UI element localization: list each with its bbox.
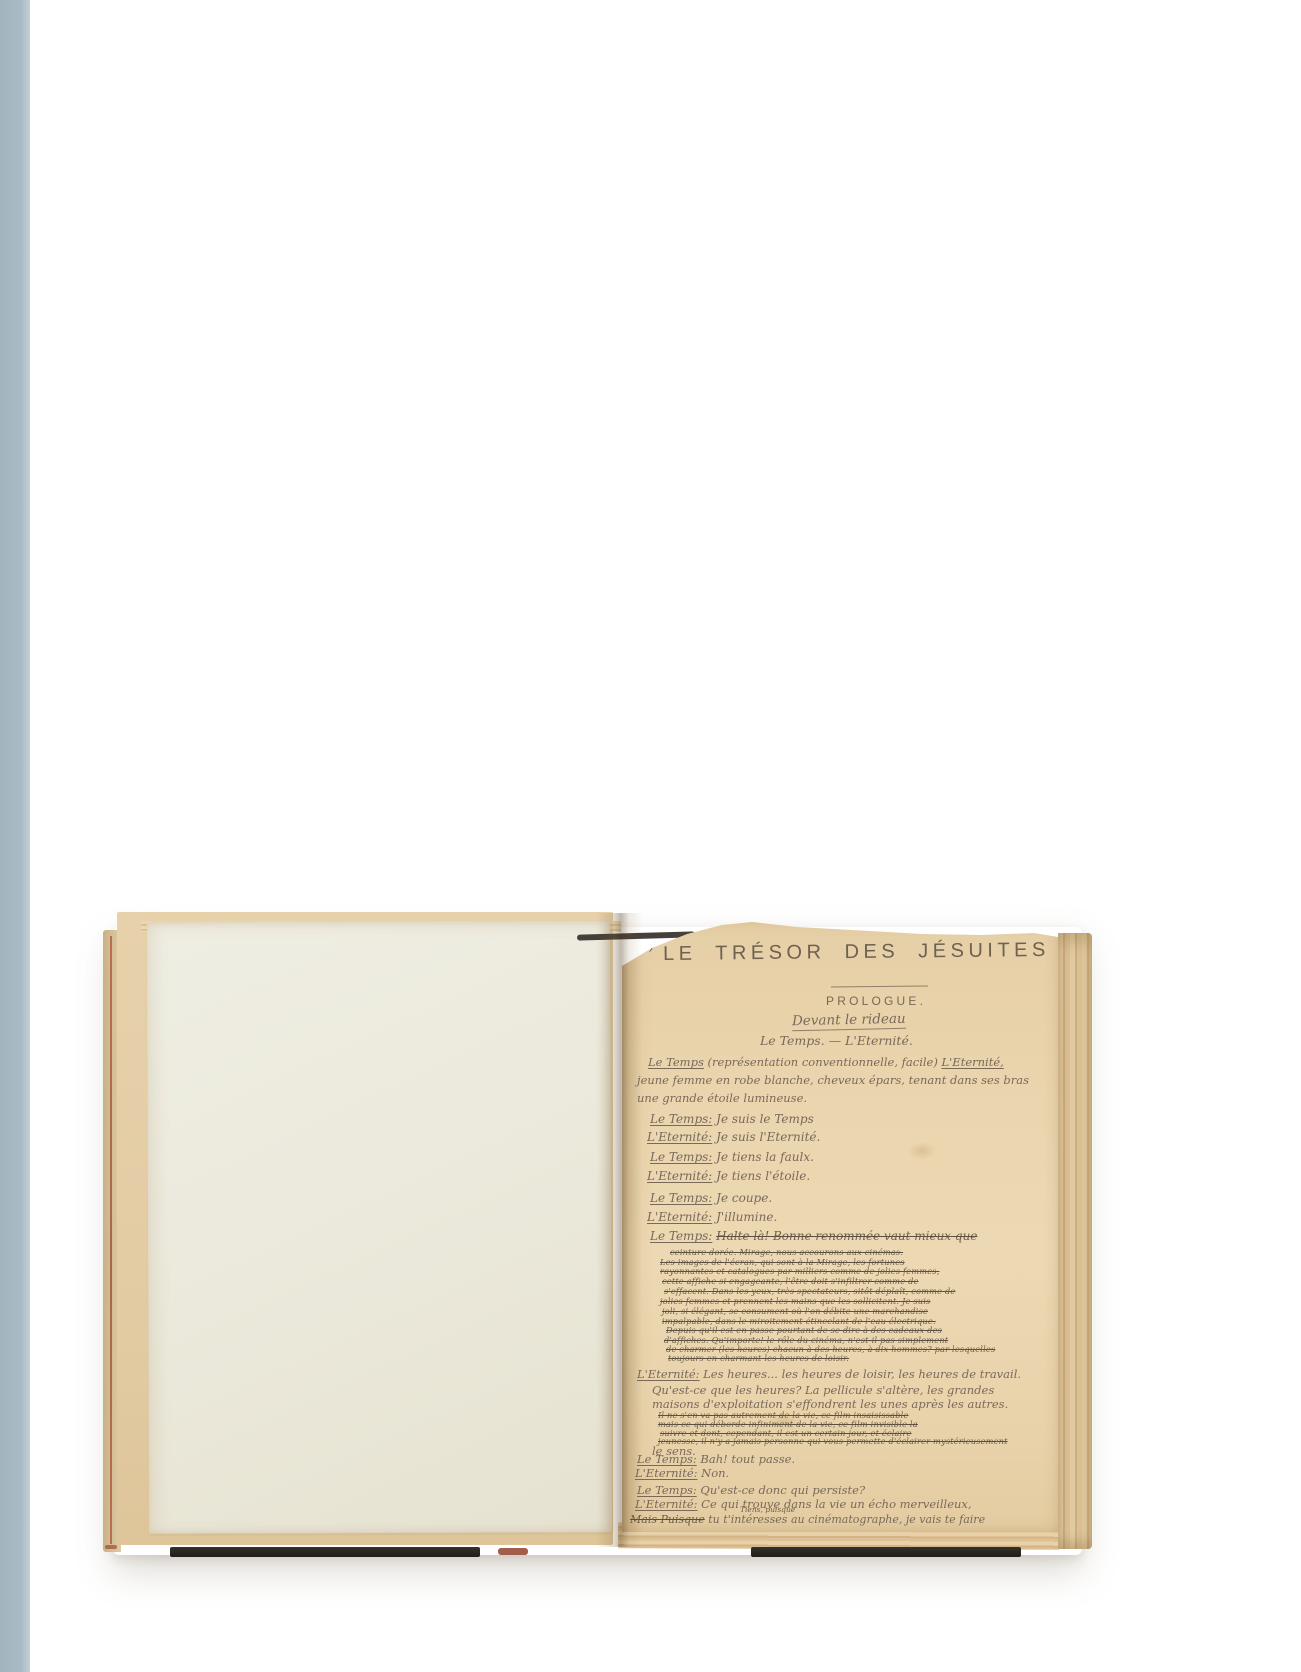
- eternity-passage-line: L'Eternité: Les heures... les heures de …: [637, 1367, 1021, 1381]
- dialogue-text: Les heures... les heures de loisir, les …: [703, 1367, 1021, 1381]
- dialogue-speaker: Le Temps:: [637, 1483, 697, 1497]
- dialogue-line: Le Temps: Je coupe.: [650, 1191, 772, 1205]
- dialogue-text: J'illumine.: [716, 1210, 777, 1224]
- stage-direction-line: Le Temps (représentation conventionnelle…: [648, 1055, 1004, 1069]
- revised-passage-opening: Le Temps: Halte là! Bonne renommée vaut …: [650, 1229, 977, 1243]
- left-blank-page: [147, 921, 612, 1534]
- paper-stain: [908, 1142, 936, 1160]
- dialogue-speaker: Le Temps:: [650, 1191, 712, 1205]
- photograph-canvas: 1) LE TRÉSOR DES JÉSUITES PROLOGUE. Deva…: [0, 0, 1301, 1672]
- dialogue-speaker: L'Eternité:: [635, 1497, 698, 1511]
- dialogue-speaker: L'Eternité:: [647, 1169, 712, 1183]
- dialogue-speaker: Le Temps:: [650, 1229, 712, 1243]
- dialogue-line: L'Eternité: Non.: [635, 1466, 729, 1480]
- dialogue-line: L'Eternité: Je tiens l'étoile.: [647, 1169, 810, 1183]
- left-accent-bar: [0, 0, 30, 1672]
- dialogue-line: L'Eternité: Je suis l'Eternité.: [647, 1130, 820, 1144]
- struck-line: Depuis qu'il est en passe pourtant de se…: [666, 1325, 942, 1335]
- struck-line: ceinture dorée. Mirage, nous accourons a…: [670, 1247, 903, 1257]
- stage-direction-line: une grande étoile lumineuse.: [637, 1091, 807, 1105]
- struck-text: Mais Puisque: [630, 1513, 705, 1526]
- dialogue-line: Le Temps: Je tiens la faulx.: [650, 1150, 814, 1164]
- dialogue-speaker: Le Temps:: [650, 1112, 712, 1126]
- struck-line: toujours en charmant les heures de loisi…: [668, 1353, 849, 1363]
- dialogue-speaker: L'Eternité:: [647, 1130, 712, 1144]
- struck-text: Halte là! Bonne renommée vaut mieux que: [716, 1229, 977, 1243]
- dialogue-line: Le Temps: Qu'est-ce donc qui persiste?: [637, 1483, 865, 1497]
- dialogue-line: L'Eternité: Ce qui trouve dans la vie un…: [635, 1497, 972, 1511]
- final-line-text: tu t'intéresses au cinématographe, je va…: [708, 1513, 985, 1526]
- characters-line: Le Temps. — L'Eternité.: [760, 1033, 913, 1048]
- bottom-cover-strip-left: [170, 1547, 480, 1557]
- prologue-heading: PROLOGUE.: [826, 994, 926, 1008]
- bottom-cover-strip-right: [751, 1547, 1021, 1557]
- dialogue-speaker: Le Temps:: [637, 1452, 697, 1466]
- struck-line: cette affiche si engageante, l'être doit…: [662, 1276, 919, 1286]
- stage-direction-character2: L'Eternité,: [942, 1055, 1004, 1069]
- final-line: Mais Puisque tu t'intéresses au cinémato…: [630, 1513, 985, 1526]
- stage-direction-text: (représentation conventionnelle, facile): [708, 1055, 938, 1069]
- struck-line: joli, si élégant, se consument où l'on d…: [662, 1306, 928, 1316]
- cover-red-edge-line: [110, 936, 112, 1544]
- stage-setting-note: Devant le rideau: [792, 1011, 906, 1031]
- struck-line: jeunesse, il n'y a jamais personne qui v…: [658, 1436, 1008, 1446]
- dialogue-text: Bah! tout passe.: [700, 1452, 795, 1466]
- stage-direction-line: jeune femme en robe blanche, cheveux épa…: [637, 1073, 1029, 1087]
- eternity-passage-line: maisons d'exploitation s'effondrent les …: [652, 1397, 1008, 1411]
- dialogue-text: Je suis l'Eternité.: [716, 1130, 820, 1144]
- manuscript-page: 1) LE TRÉSOR DES JÉSUITES PROLOGUE. Deva…: [622, 920, 1058, 1532]
- dialogue-line: Le Temps: Bah! tout passe.: [637, 1452, 795, 1466]
- red-corner-mark: [105, 1545, 117, 1549]
- dialogue-text: Je tiens l'étoile.: [716, 1169, 810, 1183]
- eternity-passage-line: Qu'est-ce que les heures? La pellicule s…: [652, 1383, 994, 1397]
- dialogue-text: Non.: [701, 1466, 729, 1480]
- heading-rule: [831, 985, 928, 987]
- dialogue-text: Qu'est-ce donc qui persiste?: [700, 1483, 865, 1497]
- stage-direction-speaker: Le Temps: [648, 1055, 704, 1069]
- dialogue-text: Je coupe.: [716, 1191, 772, 1205]
- dialogue-text: Je tiens la faulx.: [716, 1150, 814, 1164]
- struck-line: rayonnantes et catalogues par milliers c…: [660, 1266, 940, 1276]
- dialogue-speaker: L'Eternité:: [637, 1367, 700, 1381]
- manuscript-title: LE TRÉSOR DES JÉSUITES: [663, 939, 1050, 966]
- dialogue-speaker: Le Temps:: [650, 1150, 712, 1164]
- dialogue-speaker: L'Eternité:: [635, 1466, 698, 1480]
- struck-line: jolies femmes et prennent les mains que …: [660, 1296, 930, 1306]
- dialogue-text: Je suis le Temps: [716, 1112, 814, 1126]
- right-fore-edge-pages: [1058, 933, 1092, 1549]
- dialogue-line: Le Temps: Je suis le Temps: [650, 1112, 814, 1126]
- struck-line: s'effacent. Dans les yeux, très spectate…: [664, 1286, 955, 1296]
- red-wax-mark: [498, 1548, 528, 1555]
- open-manuscript-book: 1) LE TRÉSOR DES JÉSUITES PROLOGUE. Deva…: [103, 905, 1092, 1565]
- dialogue-line: L'Eternité: J'illumine.: [647, 1210, 777, 1224]
- dialogue-speaker: L'Eternité:: [647, 1210, 712, 1224]
